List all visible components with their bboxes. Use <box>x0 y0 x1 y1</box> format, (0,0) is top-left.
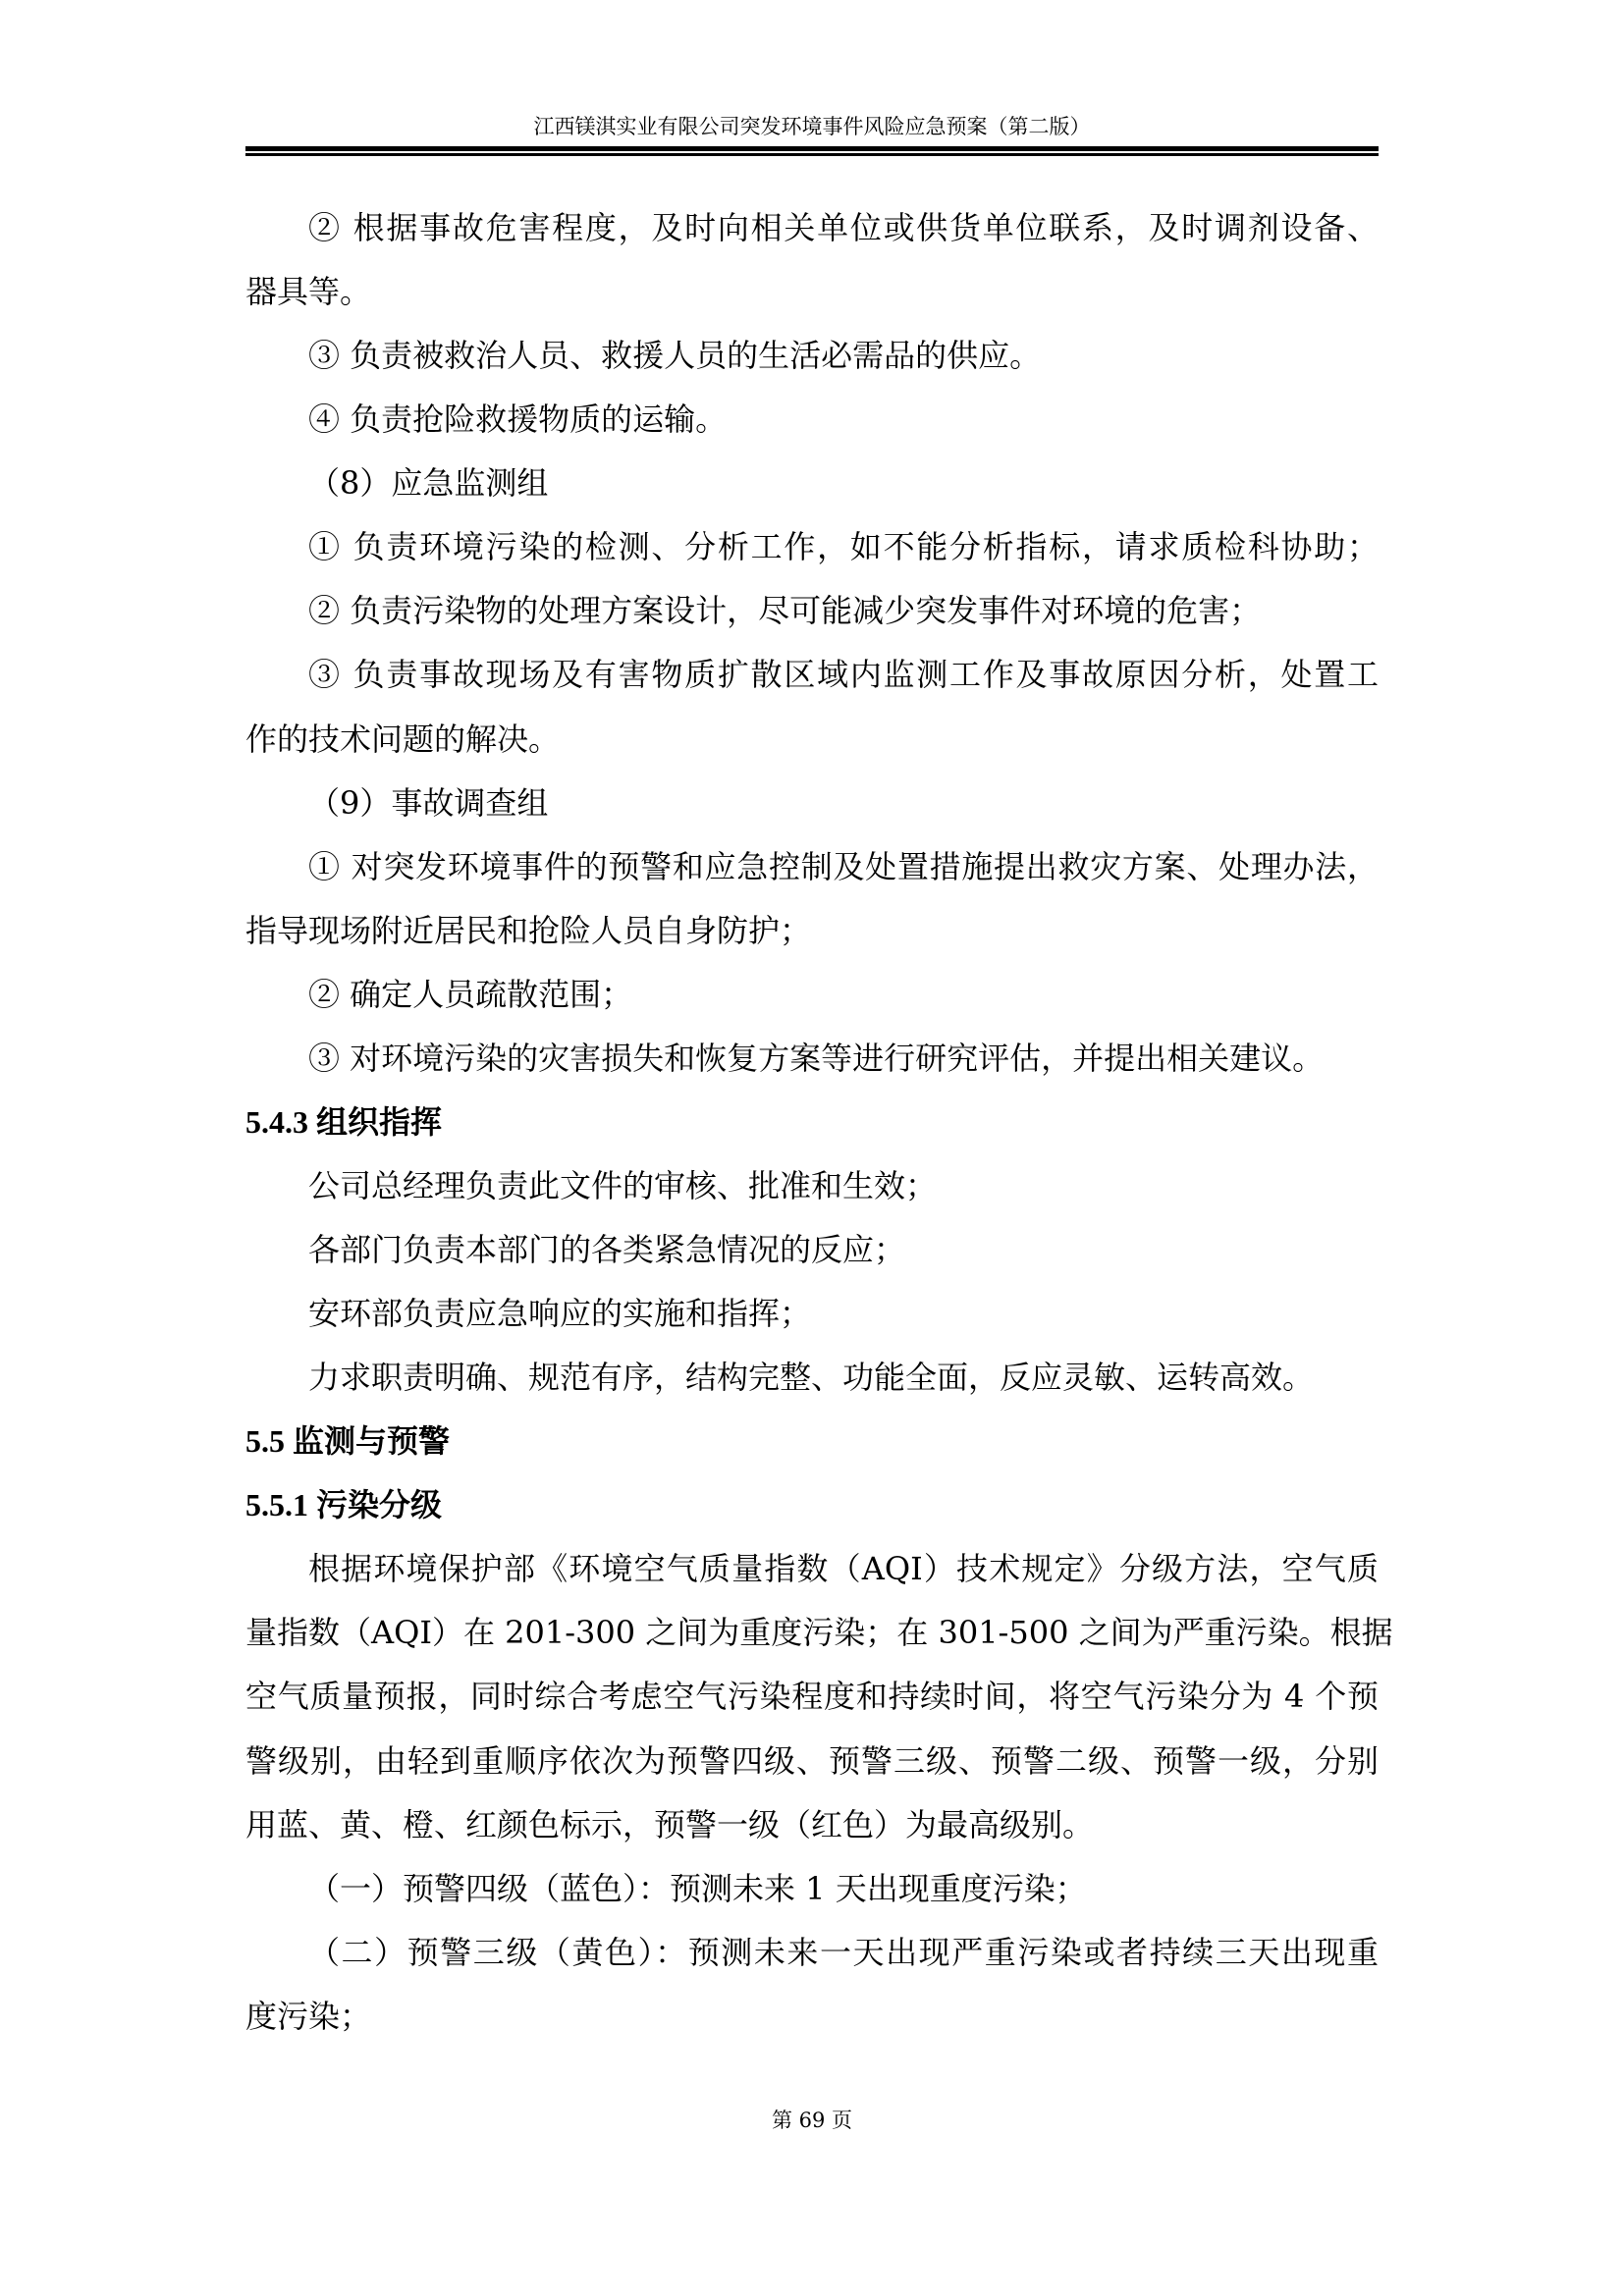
list-item-monitoring-2: ② 负责污染物的处理方案设计，尽可能减少突发事件对环境的危害； <box>245 579 1379 643</box>
list-item-supply-2: ② 根据事故危害程度，及时向相关单位或供货单位联系，及时调剂设备、 <box>245 196 1379 260</box>
list-item-monitoring-1: ① 负责环境污染的检测、分析工作，如不能分析指标，请求质检科协助； <box>245 515 1379 579</box>
paragraph-aqi-line-1: 根据环境保护部《环境空气质量指数（AQI）技术规定》分级方法，空气质 <box>245 1537 1379 1601</box>
paragraph-command-4: 力求职责明确、规范有序，结构完整、功能全面，反应灵敏、运转高效。 <box>245 1346 1379 1410</box>
section-heading-5-5: 5.5 监测与预警 <box>245 1410 1379 1473</box>
subsection-investigation-group: （9）事故调查组 <box>245 772 1379 835</box>
list-item-investigation-3: ③ 对环境污染的灾害损失和恢复方案等进行研究评估，并提出相关建议。 <box>245 1027 1379 1091</box>
list-item-investigation-1: ① 对突发环境事件的预警和应急控制及处置措施提出救灾方案、处理办法， <box>245 835 1379 899</box>
warning-level-4: （一）预警四级（蓝色）：预测未来 1 天出现重度污染； <box>245 1857 1379 1921</box>
paragraph-aqi-line-5: 用蓝、黄、橙、红颜色标示，预警一级（红色）为最高级别。 <box>245 1793 1379 1857</box>
list-item-monitoring-3-cont: 作的技术问题的解决。 <box>245 708 1379 772</box>
section-heading-5-5-1: 5.5.1 污染分级 <box>245 1473 1379 1537</box>
subsection-monitoring-group: （8）应急监测组 <box>245 452 1379 515</box>
page-number: 第 69 页 <box>245 2106 1379 2135</box>
list-item-monitoring-3: ③ 负责事故现场及有害物质扩散区域内监测工作及事故原因分析，处置工 <box>245 643 1379 707</box>
list-item-investigation-2: ② 确定人员疏散范围； <box>245 963 1379 1027</box>
list-item-supply-3: ③ 负责被救治人员、救援人员的生活必需品的供应。 <box>245 324 1379 388</box>
list-item-investigation-1-cont: 指导现场附近居民和抢险人员自身防护； <box>245 899 1379 963</box>
header-rule-thin <box>245 153 1379 156</box>
paragraph-command-2: 各部门负责本部门的各类紧急情况的反应； <box>245 1218 1379 1282</box>
paragraph-aqi-line-3: 空气质量预报，同时综合考虑空气污染程度和持续时间，将空气污染分为 4 个预 <box>245 1665 1379 1729</box>
header-rule-thick <box>245 146 1379 151</box>
paragraph-command-3: 安环部负责应急响应的实施和指挥； <box>245 1282 1379 1346</box>
document-body: ② 根据事故危害程度，及时向相关单位或供货单位联系，及时调剂设备、 器具等。 ③… <box>245 196 1379 2049</box>
warning-level-3-cont: 度污染； <box>245 1985 1379 2049</box>
paragraph-aqi-line-2: 量指数（AQI）在 201-300 之间为重度污染；在 301-500 之间为严… <box>245 1601 1379 1665</box>
section-heading-5-4-3: 5.4.3 组织指挥 <box>245 1091 1379 1154</box>
warning-level-3: （二）预警三级（黄色）：预测未来一天出现严重污染或者持续三天出现重 <box>245 1921 1379 1985</box>
document-header-title: 江西镁淇实业有限公司突发环境事件风险应急预案（第二版） <box>245 110 1379 143</box>
list-item-supply-2-cont: 器具等。 <box>245 260 1379 324</box>
list-item-supply-4: ④ 负责抢险救援物质的运输。 <box>245 388 1379 452</box>
paragraph-aqi-line-4: 警级别，由轻到重顺序依次为预警四级、预警三级、预警二级、预警一级，分别 <box>245 1730 1379 1793</box>
paragraph-command-1: 公司总经理负责此文件的审核、批准和生效； <box>245 1154 1379 1218</box>
